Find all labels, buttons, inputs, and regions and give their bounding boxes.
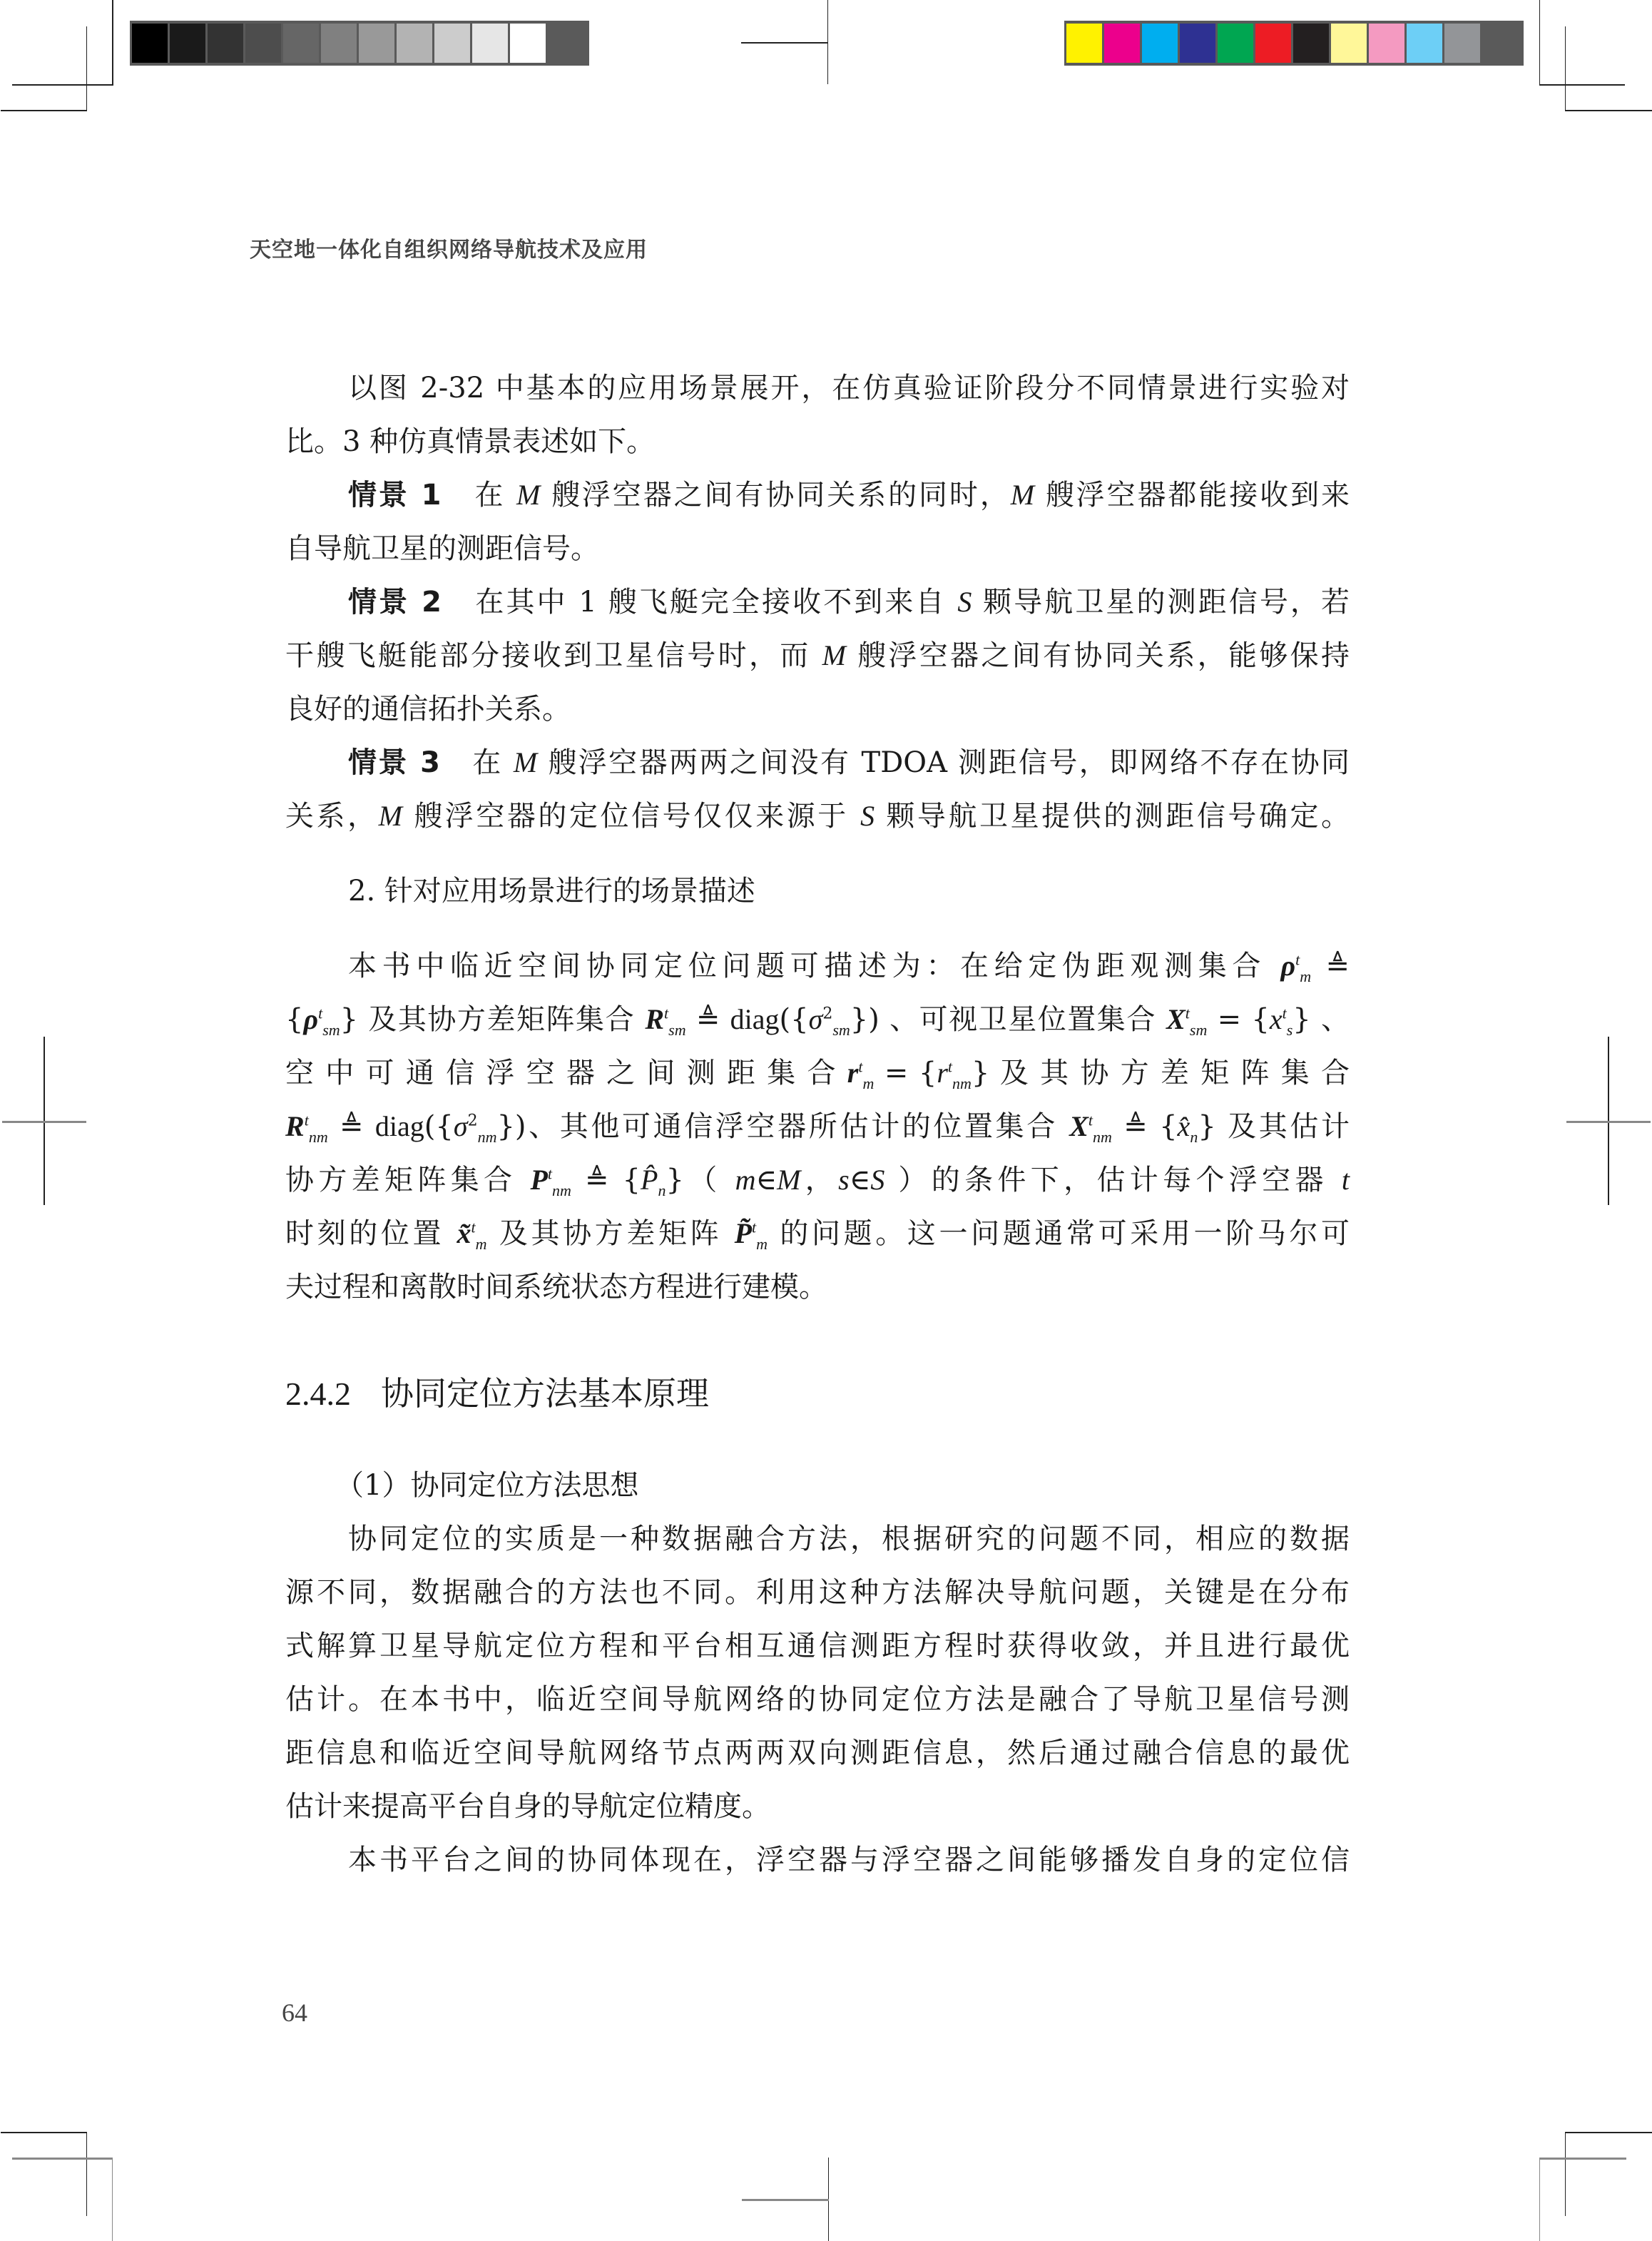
math-sub: sm <box>1190 1021 1207 1039</box>
math-var-M: M <box>822 639 846 671</box>
text: 、可视卫星位置集合 <box>889 1003 1166 1036</box>
math-sub: nm <box>552 1182 571 1199</box>
math-diag: diag <box>375 1110 424 1142</box>
problem-line-2: {ρtsm} 及其协方差矩阵集合 Rtsm ≜ diag({σ2sm}) 、可视… <box>285 1002 1350 1037</box>
math-sup: t <box>752 1219 756 1236</box>
math-sup: t <box>858 1058 862 1076</box>
calibration-swatch <box>397 24 432 63</box>
text: 艘浮空器之间有协同关系的同时， <box>540 479 1010 512</box>
calibration-swatch <box>1369 24 1404 63</box>
calibration-swatch <box>283 24 319 63</box>
calibration-swatch <box>208 24 243 63</box>
subheading-method-idea: （1）协同定位方法思想 <box>335 1468 1405 1503</box>
math-var-M: M <box>1011 479 1034 511</box>
problem-line-7: 夫过程和离散时间系统状态方程进行建模。 <box>285 1270 1355 1304</box>
intro-line-2: 比。3 种仿真情景表述如下。 <box>285 425 1355 459</box>
text: ）的条件下，估计每个浮空器 <box>884 1164 1342 1196</box>
math-R: R <box>285 1110 305 1142</box>
scenario-2-line-3: 良好的通信拓扑关系。 <box>285 692 1355 726</box>
fusion-line-6: 估计来提高平台自身的导航定位精度。 <box>285 1789 1355 1824</box>
math-M: M <box>777 1164 800 1196</box>
text: 、 <box>1321 1003 1350 1036</box>
text: 的问题。这一问题通常可采用一阶马尔可 <box>768 1217 1350 1250</box>
problem-line-5: 协方差矩阵集合 Ptnm ≜ {P̂n}（ m∈M，s∈S ）的条件下，估计每个… <box>285 1163 1350 1197</box>
calibration-swatch <box>1180 24 1215 63</box>
math-var-S: S <box>957 586 972 618</box>
math-P: P <box>530 1164 547 1196</box>
grayscale-calibration-bar <box>130 21 589 66</box>
problem-line-6: 时刻的位置 x̃tm 及其协方差矩阵 P̃tm 的问题。这一问题通常可采用一阶马… <box>285 1216 1350 1251</box>
text: 艘浮空器的定位信号仅仅来源于 <box>402 800 860 833</box>
text: 、其他可通信浮空器所估计的位置集合 <box>526 1110 1070 1143</box>
scenario-2-line-2: 干艘飞艇能部分接收到卫星信号时，而 M 艘浮空器之间有协同关系，能够保持 <box>285 639 1350 673</box>
math-r: r <box>847 1057 859 1089</box>
math-t: t <box>1342 1164 1350 1196</box>
math-sup: 2 <box>822 1005 832 1023</box>
fusion-line-1: 协同定位的实质是一种数据融合方法，根据研究的问题不同，相应的数据 <box>348 1522 1350 1556</box>
text: { <box>285 1003 303 1036</box>
math-sup: t <box>305 1112 309 1129</box>
text: 艘浮空器两两之间没有 TDOA 测距信号，即网络不存在协同 <box>537 746 1350 779</box>
calibration-swatch <box>1331 24 1367 63</box>
running-header-title: 天空地一体化自组织网络导航技术及应用 <box>250 232 648 263</box>
calibration-swatch <box>1293 24 1329 63</box>
math-sub: n <box>658 1182 666 1199</box>
fusion-line-3: 式解算卫星导航定位方程和平台相互通信测距方程时获得收敛，并且进行最优 <box>285 1629 1350 1663</box>
calibration-swatch <box>434 24 470 63</box>
math-s: s <box>838 1164 850 1196</box>
calibration-swatch <box>170 24 205 63</box>
scenario-3-label: 情景 3 <box>348 746 440 779</box>
math-triangleq: ≜ <box>1123 1110 1148 1143</box>
color-calibration-bar <box>1064 21 1524 66</box>
math-sup: t <box>548 1165 552 1183</box>
math-sigma: σ <box>454 1110 468 1142</box>
text: 干艘飞艇能部分接收到卫星信号时，而 <box>285 639 822 672</box>
math-triangleq: ≜ <box>1326 950 1350 982</box>
math-R: R <box>645 1003 664 1035</box>
math-sup: t <box>1088 1112 1093 1129</box>
text: 关系， <box>285 800 379 833</box>
math-sigma: σ <box>809 1003 823 1035</box>
problem-line-4: Rtnm ≜ diag({σ2nm})、其他可通信浮空器所估计的位置集合 Xtn… <box>285 1109 1350 1144</box>
scenario-2-label: 情景 2 <box>348 586 442 619</box>
math-sup: t <box>1283 1005 1287 1022</box>
calibration-swatch <box>1444 24 1480 63</box>
calibration-swatch <box>245 24 281 63</box>
text: 在 <box>474 479 516 512</box>
text: 艘浮空器之间有协同关系，能够保持 <box>846 639 1350 672</box>
section-number: 2.4.2 <box>285 1376 351 1412</box>
math-r: r <box>937 1057 948 1089</box>
math-m: m <box>735 1164 756 1196</box>
calibration-swatch <box>1218 24 1253 63</box>
text: 在其中 1 艘飞艇完全接收不到来自 <box>475 586 957 619</box>
calibration-swatch <box>132 24 168 63</box>
math-rho: ρ <box>1280 950 1295 982</box>
math-in: ∈ <box>850 1164 871 1196</box>
math-X: X <box>1166 1003 1186 1035</box>
problem-line-3: 空 中 可 通 信 浮 空 器 之 间 测 距 集 合 rtm = {rtnm}… <box>285 1056 1350 1090</box>
text: 艘浮空器都能接收到来 <box>1034 479 1350 512</box>
math-sub: nm <box>952 1074 972 1092</box>
math-sup: t <box>471 1219 475 1236</box>
text: 空 中 可 通 信 浮 空 器 之 间 测 距 集 合 <box>285 1057 847 1089</box>
last-paragraph-line-1: 本书平台之间的协同体现在，浮空器与浮空器之间能够播发自身的定位信 <box>348 1843 1350 1877</box>
intro-line-1: 以图 2-32 中基本的应用场景展开，在仿真验证阶段分不同情景进行实验对 <box>348 371 1350 405</box>
section-title: 协同定位方法基本原理 <box>381 1374 709 1413</box>
scenario-1-line-2: 自导航卫星的测距信号。 <box>285 532 1355 566</box>
text: } 及其协方差矩阵集合 <box>340 1003 646 1036</box>
math-X: X <box>1069 1110 1088 1142</box>
math-sub: m <box>1300 967 1311 985</box>
text: 及其估计 <box>1216 1110 1350 1143</box>
math-sup: t <box>664 1005 668 1022</box>
math-sub: sm <box>322 1021 340 1039</box>
math-xhat: x̂ <box>1178 1110 1190 1142</box>
scenario-2-line-1: 情景 2 在其中 1 艘飞艇完全接收不到来自 S 颗导航卫星的测距信号，若 <box>348 585 1350 619</box>
math-var-M: M <box>514 746 537 778</box>
fusion-line-4: 估计。在本书中，临近空间导航网络的协同定位方法是融合了导航卫星信号测 <box>285 1682 1350 1717</box>
math-sub: nm <box>478 1128 497 1146</box>
math-sup: t <box>1295 951 1300 969</box>
math-Ptilde: P̃ <box>735 1217 752 1249</box>
math-sub: n <box>1190 1128 1198 1146</box>
calibration-swatch <box>472 24 508 63</box>
math-rho: ρ <box>303 1003 318 1035</box>
fusion-line-2: 源不同，数据融合的方法也不同。利用这种方法解决导航问题，关键是在分布 <box>285 1575 1350 1610</box>
scenario-1-label: 情景 1 <box>348 479 442 512</box>
calibration-swatch <box>510 24 546 63</box>
math-sub: m <box>756 1235 768 1253</box>
math-triangleq: ≜ <box>340 1110 364 1143</box>
math-diag: diag <box>730 1003 780 1035</box>
math-sub: nm <box>1093 1128 1112 1146</box>
math-in: ∈ <box>756 1164 777 1196</box>
fusion-line-5: 距信息和临近空间导航网络节点两两双向测距信息，然后通过融合信息的最优 <box>285 1736 1350 1770</box>
math-sub: m <box>862 1074 874 1092</box>
problem-line-1: 本书中临近空间协同定位问题可描述为：在给定伪距观测集合 ρtm ≜ <box>348 949 1350 983</box>
math-var-M: M <box>379 800 402 832</box>
calibration-swatch <box>359 24 394 63</box>
math-sub: s <box>1287 1021 1293 1039</box>
text: 在 <box>472 746 514 779</box>
calibration-swatch <box>1142 24 1178 63</box>
math-sub: sm <box>668 1021 685 1039</box>
math-sub: sm <box>832 1021 850 1039</box>
text: 颗导航卫星提供的测距信号确定。 <box>875 800 1350 833</box>
text: （ <box>684 1164 735 1196</box>
calibration-swatch <box>1255 24 1291 63</box>
math-Phat: P̂ <box>641 1164 658 1196</box>
subheading-scenario-description: 2. 针对应用场景进行的场景描述 <box>348 874 1418 908</box>
section-heading: 2.4.2协同定位方法基本原理 <box>285 1368 709 1415</box>
page-number: 64 <box>282 1998 307 2028</box>
calibration-swatch <box>1104 24 1140 63</box>
text: 颗导航卫星的测距信号，若 <box>972 586 1350 619</box>
text: 本书中临近空间协同定位问题可描述为：在给定伪距观测集合 <box>348 950 1266 982</box>
math-sub: m <box>476 1235 487 1253</box>
math-sup: 2 <box>468 1112 478 1130</box>
scenario-3-line-1: 情景 3 在 M 艘浮空器两两之间没有 TDOA 测距信号，即网络不存在协同 <box>348 746 1350 780</box>
calibration-swatch <box>1066 24 1102 63</box>
scenario-3-line-2: 关系，M 艘浮空器的定位信号仅仅来源于 S 颗导航卫星提供的测距信号确定。 <box>285 799 1350 833</box>
math-xtilde: x̃ <box>457 1217 471 1249</box>
math-sup: t <box>948 1058 952 1076</box>
text: 时刻的位置 <box>285 1217 457 1250</box>
math-triangleq: ≜ <box>696 1003 720 1036</box>
math-sub: nm <box>309 1128 328 1146</box>
math-triangleq: ≜ <box>585 1164 609 1196</box>
text: 及其协方差矩阵 <box>487 1217 735 1250</box>
math-S: S <box>870 1164 884 1196</box>
math-var-M: M <box>516 479 540 511</box>
text: 及 其 协 方 差 矩 阵 集 合 <box>989 1057 1350 1089</box>
text: ， <box>800 1164 838 1196</box>
math-sup: t <box>1186 1005 1190 1022</box>
calibration-swatch <box>321 24 357 63</box>
calibration-swatch <box>1407 24 1442 63</box>
math-sup: t <box>318 1005 322 1022</box>
text: 协方差矩阵集合 <box>285 1164 530 1196</box>
scenario-1-line-1: 情景 1 在 M 艘浮空器之间有协同关系的同时，M 艘浮空器都能接收到来 <box>348 478 1350 512</box>
math-var-S: S <box>860 800 875 832</box>
math-x: x <box>1270 1003 1283 1035</box>
